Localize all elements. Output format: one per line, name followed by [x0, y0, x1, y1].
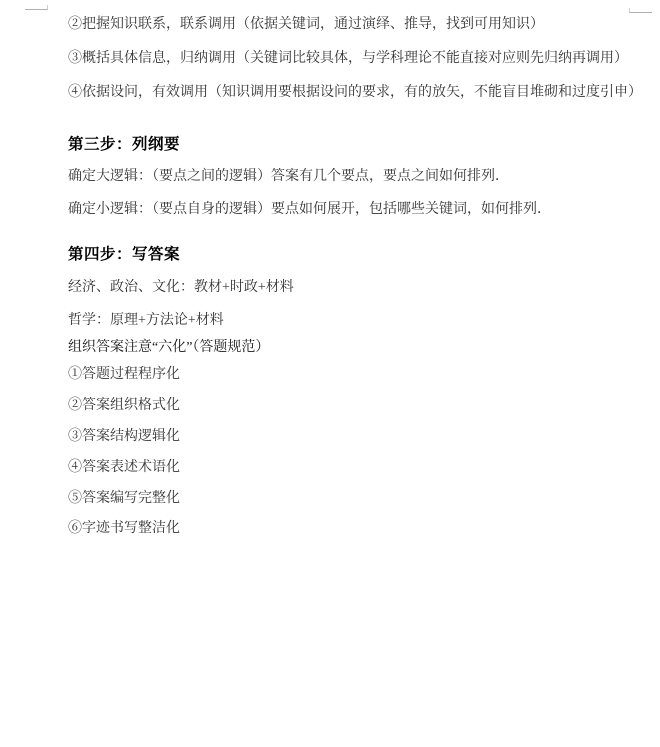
list-item-process: ①答题过程程序化: [68, 366, 180, 384]
list-item-structure: ③答案结构逻辑化: [68, 428, 180, 446]
section-heading-step4: 第四步：写答案: [68, 245, 180, 264]
paragraph-small-logic: 确定小逻辑：（要点自身的逻辑）要点如何展开，包括哪些关键词，如何排列．: [68, 201, 551, 219]
margin-crop-mark-left: [25, 5, 48, 10]
list-item-handwriting: ⑥字迹书写整洁化: [68, 520, 180, 538]
section-heading-step3: 第三步：列纲要: [68, 135, 180, 154]
list-item-format: ②答案组织格式化: [68, 397, 180, 415]
paragraph-philosophy: 哲学：原理+方法论+材料: [68, 312, 224, 330]
paragraph-knowledge-link: ②把握知识联系，联系调用（依据关键词，通过演绎、推导，找到可用知识）: [68, 16, 544, 34]
paragraph-summarize-info: ③概括具体信息，归纳调用（关键词比较具体，与学科理论不能直接对应则先归纳再调用）: [68, 50, 628, 68]
paragraph-econ-politics: 经济、政治、文化：教材+时政+材料: [68, 279, 294, 297]
document-page: ②把握知识联系，联系调用（依据关键词，通过演绎、推导，找到可用知识） ③概括具体…: [0, 0, 660, 747]
list-item-completeness: ⑤答案编写完整化: [68, 490, 180, 508]
paragraph-per-question: ④依据设问，有效调用（知识调用要根据设问的要求，有的放矢，不能盲目堆砌和过度引申…: [68, 84, 642, 102]
paragraph-big-logic: 确定大逻辑：（要点之间的逻辑）答案有几个要点，要点之间如何排列．: [68, 168, 509, 186]
paragraph-six-standards: 组织答案注意“六化”（答题规范）: [68, 339, 269, 357]
list-item-terminology: ④答案表述术语化: [68, 459, 180, 477]
margin-crop-mark-right: [629, 8, 652, 13]
